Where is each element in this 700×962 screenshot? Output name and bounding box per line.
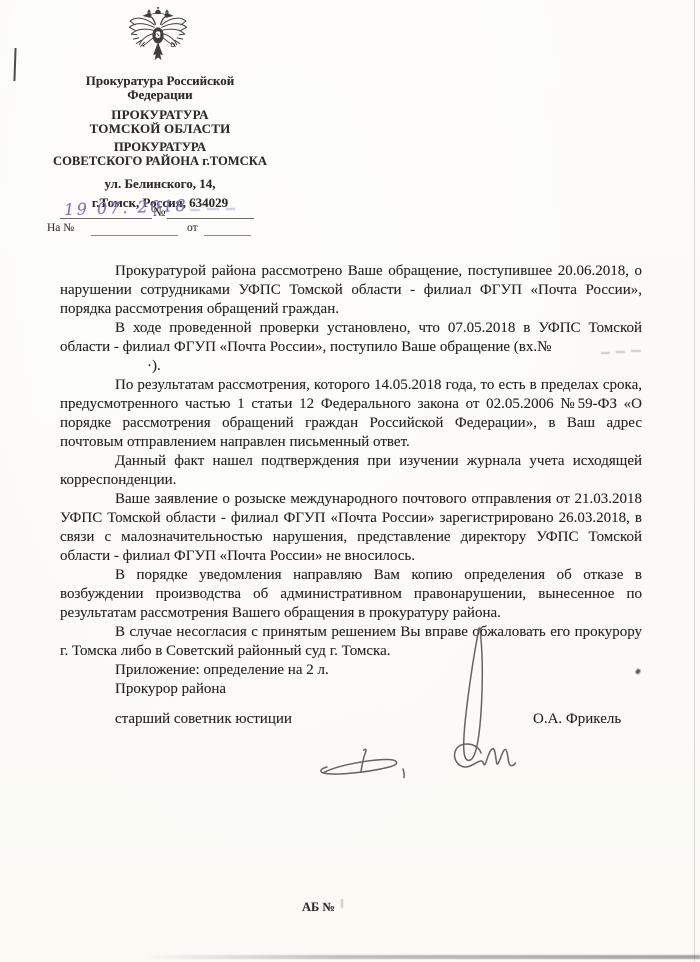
- signature-row: старший советник юстиции О.А. Фрикель: [60, 710, 642, 729]
- signer-name: О.А. Фрикель: [533, 710, 621, 729]
- scan-artifact-line: [13, 48, 16, 81]
- attachment-line: Приложение: определение на 2 л.: [60, 661, 642, 680]
- signature-m-stroke: [484, 749, 516, 766]
- scan-edge-right: [694, 0, 695, 962]
- reply-to-label: На №: [47, 222, 74, 234]
- paragraph-1: Прокуратурой района рассмотрено Ваше обр…: [60, 262, 642, 319]
- org-district-line1: ПРОКУРАТУРА: [36, 140, 284, 154]
- registration-fragment: ·).: [60, 357, 642, 376]
- handwritten-date: 19 07. 2018: [64, 196, 189, 219]
- org-regional: ПРОКУРАТУРА ТОМСКОЙ ОБЛАСТИ: [36, 108, 284, 136]
- paragraph-7: В случае несогласия с принятым решением …: [60, 623, 642, 661]
- eagle-tail: [153, 42, 163, 60]
- scan-edge-bottom: [145, 955, 700, 959]
- reply-number-underline: [91, 235, 178, 236]
- ink-comma: [403, 769, 404, 778]
- org-district: ПРОКУРАТУРА СОВЕТСКОГО РАЙОНА г.ТОМСКА: [36, 140, 284, 168]
- paragraph-5: Ваше заявление о розыске международного …: [60, 490, 642, 566]
- letterhead: Прокуратура Российской Федерации ПРОКУРА…: [36, 74, 284, 210]
- org-regional-line2: ТОМСКОЙ ОБЛАСТИ: [36, 122, 284, 136]
- signature-flat-squiggle: [321, 759, 397, 774]
- coat-of-arms-icon: [127, 6, 189, 66]
- number-sign-label: №: [153, 204, 165, 220]
- letter-body: Прокуратурой района рассмотрено Ваше обр…: [60, 262, 642, 729]
- org-federal-line1: Прокуратура Российской: [36, 74, 284, 88]
- org-regional-line1: ПРОКУРАТУРА: [36, 108, 284, 122]
- org-federal: Прокуратура Российской Федерации: [36, 74, 284, 102]
- reply-date-underline: [204, 235, 251, 236]
- number-underline: [167, 218, 254, 219]
- paragraph-6: В порядке уведомления направляю Вам копи…: [60, 566, 642, 623]
- faded-footer-mark: [341, 899, 343, 908]
- address-street: ул. Белинского, 14,: [36, 177, 284, 191]
- signature-flat-tick: [361, 749, 366, 772]
- signature-oval-loop: [455, 744, 484, 767]
- paragraph-4: Данный факт нашел подтверждения при изуч…: [60, 452, 642, 490]
- org-district-line2: СОВЕТСКОГО РАЙОНА г.ТОМСКА: [36, 154, 284, 168]
- paragraph-2: В ходе проведенной проверки установлено,…: [60, 319, 642, 357]
- eagle-crown: [151, 7, 165, 14]
- scanned-letter-page: Прокуратура Российской Федерации ПРОКУРА…: [0, 0, 700, 962]
- org-federal-line2: Федерации: [36, 88, 284, 102]
- date-underline: [60, 218, 152, 219]
- paragraph-3: По результатам рассмотрения, которого 14…: [60, 376, 642, 452]
- signer-position-title: Прокурор района: [60, 680, 642, 699]
- reply-from-label: от: [187, 222, 198, 234]
- form-series-label: АБ №: [302, 900, 335, 915]
